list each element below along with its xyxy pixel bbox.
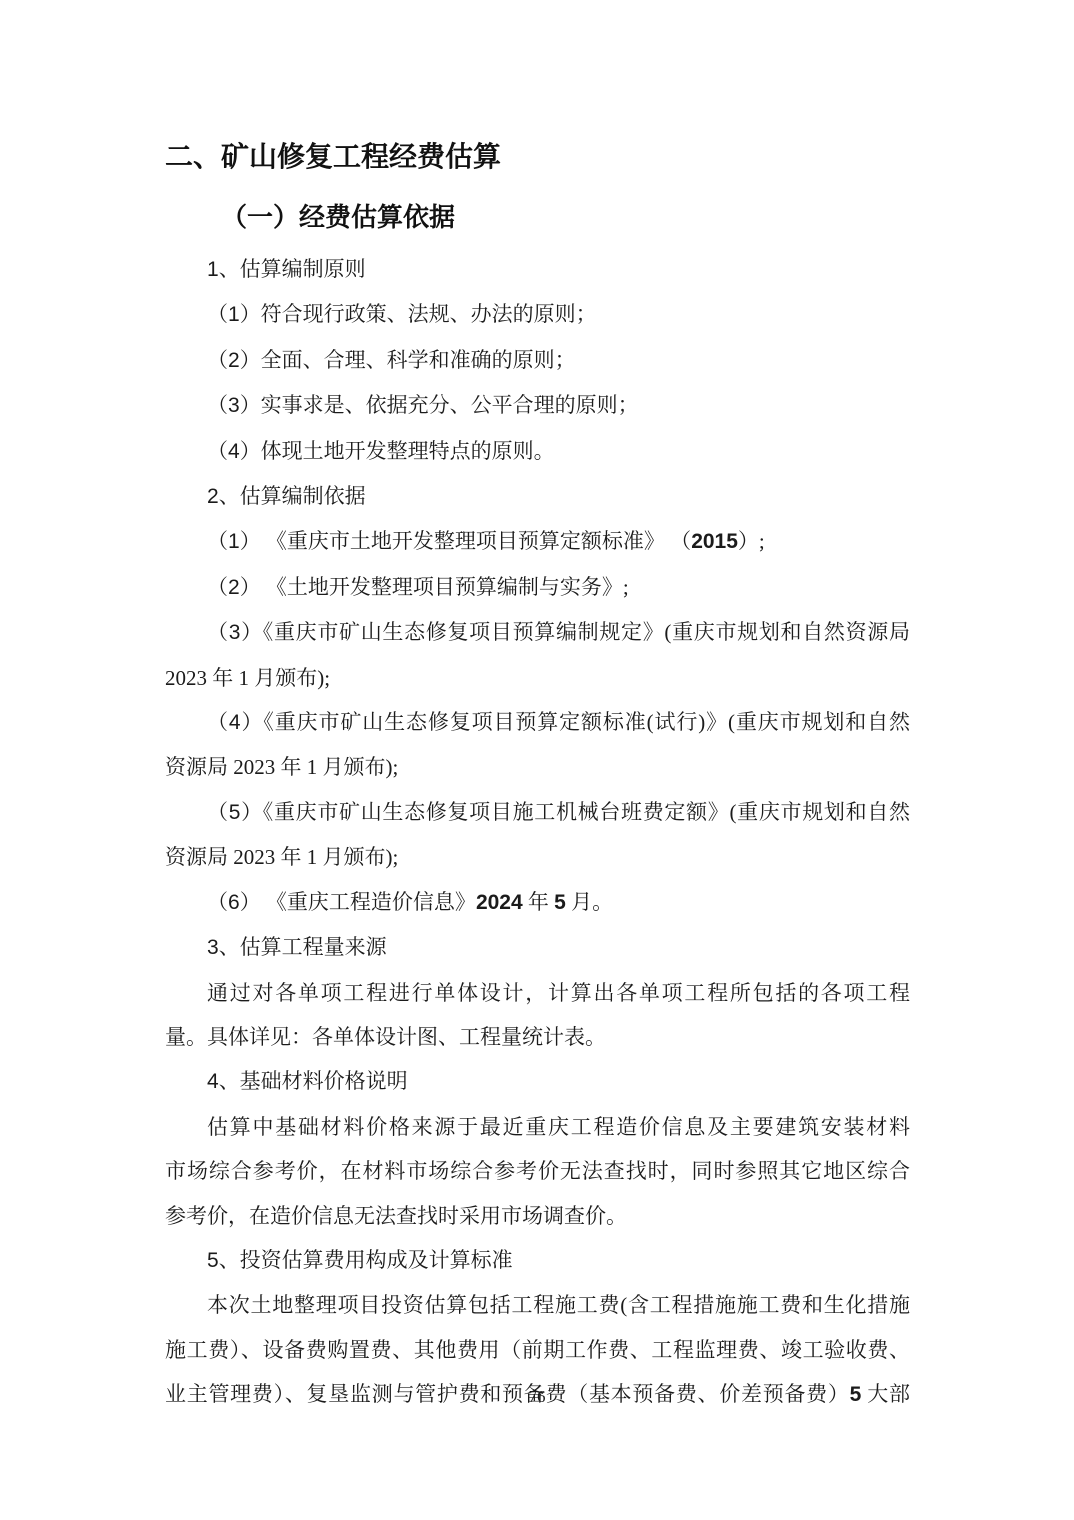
text-line: （5）《重庆市矿山生态修复项目施工机械台班费定额》(重庆市规划和自然 [165, 790, 910, 835]
text-line: 资源局 2023 年 1 月颁布); [165, 745, 910, 789]
paragraph: （2） 《土地开发整理项目预算编制与实务》; [165, 565, 910, 610]
paragraph: （1） 《重庆市土地开发整理项目预算定额标准》 （2015）; [165, 519, 910, 564]
paragraph: 通过对各单项工程进行单体设计，计算出各单项工程所包括的各项工程量。具体详见：各单… [165, 971, 910, 1060]
text-line: 估算中基础材料价格来源于最近重庆工程造价信息及主要建筑安装材料 [165, 1105, 910, 1149]
paragraph: （5）《重庆市矿山生态修复项目施工机械台班费定额》(重庆市规划和自然资源局 20… [165, 790, 910, 880]
text-run: 1 [228, 530, 240, 553]
text-run: 估算中基础材料价格来源于最近重庆工程造价信息及主要建筑安装材料 [207, 1115, 910, 1139]
text-line: （1）符合现行政策、法规、办法的原则； [165, 292, 910, 337]
text-run: 施工费）、设备费购置费、其他费用（前期工作费、工程监理费、竣工验收费、 [165, 1338, 910, 1362]
text-run: 3 [228, 394, 240, 417]
subsection-heading: （一）经费估算依据 [165, 200, 910, 234]
text-line: （6） 《重庆工程造价信息》2024 年 5 月。 [165, 880, 910, 925]
text-run: 资源局 2023 年 1 月颁布); [165, 755, 398, 779]
text-run: 本次土地整理项目投资估算包括工程施工费(含工程措施施工费和生化措施 [207, 1293, 910, 1317]
text-line: （4）《重庆市矿山生态修复项目预算定额标准(试行)》(重庆市规划和自然 [165, 700, 910, 745]
text-run: 参考价，在造价信息无法查找时采用市场调查价。 [165, 1204, 627, 1228]
text-line: （2） 《土地开发整理项目预算编制与实务》; [165, 565, 910, 610]
text-line: 1、估算编制原则 [165, 247, 910, 292]
text-run: ）实事求是、依据充分、公平合理的原则； [240, 393, 639, 417]
paragraph: 估算中基础材料价格来源于最近重庆工程造价信息及主要建筑安装材料市场综合参考价，在… [165, 1105, 910, 1238]
text-run: （ [207, 302, 228, 326]
text-line: 通过对各单项工程进行单体设计，计算出各单项工程所包括的各项工程 [165, 971, 910, 1015]
text-run: 市场综合参考价，在材料市场综合参考价无法查找时，同时参照其它地区综合 [165, 1159, 910, 1183]
text-line: 参考价，在造价信息无法查找时采用市场调查价。 [165, 1194, 910, 1238]
text-run: （ [207, 800, 229, 824]
text-run: 1 [228, 303, 240, 326]
text-run: 5 [554, 891, 566, 914]
text-line: 市场综合参考价，在材料市场综合参考价无法查找时，同时参照其它地区综合 [165, 1149, 910, 1193]
paragraph: 2、估算编制依据 [165, 474, 910, 519]
text-run: （ [207, 620, 229, 644]
paragraph: 5、投资估算费用构成及计算标准 [165, 1238, 910, 1283]
text-line: （4）体现土地开发整理特点的原则。 [165, 429, 910, 474]
paragraph: （2）全面、合理、科学和准确的原则； [165, 338, 910, 383]
text-run: 年 [523, 890, 555, 914]
text-run: 量。具体详见：各单体设计图、工程量统计表。 [165, 1025, 606, 1049]
text-line: （2）全面、合理、科学和准确的原则； [165, 338, 910, 383]
paragraph: 3、估算工程量来源 [165, 925, 910, 970]
document-body: 1、估算编制原则（1）符合现行政策、法规、办法的原则；（2）全面、合理、科学和准… [165, 247, 910, 1418]
text-run: 2 [228, 576, 240, 599]
text-run: ）体现土地开发整理特点的原则。 [240, 439, 555, 463]
text-run: 通过对各单项工程进行单体设计，计算出各单项工程所包括的各项工程 [207, 981, 910, 1005]
text-run: 月。 [566, 890, 613, 914]
text-run: 1 [207, 258, 219, 281]
text-run: 4 [207, 1070, 219, 1093]
text-run: 4 [228, 440, 240, 463]
paragraph: （4）体现土地开发整理特点的原则。 [165, 429, 910, 474]
text-run: 3 [229, 621, 241, 644]
text-run: 5 [229, 801, 241, 824]
text-line: （3）实事求是、依据充分、公平合理的原则； [165, 383, 910, 428]
paragraph: 4、基础材料价格说明 [165, 1059, 910, 1104]
text-run: ）《重庆市矿山生态修复项目预算定额标准(试行)》(重庆市规划和自然 [241, 710, 910, 734]
text-line: 资源局 2023 年 1 月颁布); [165, 835, 910, 879]
text-run: ）《重庆市矿山生态修复项目施工机械台班费定额》(重庆市规划和自然 [240, 800, 910, 824]
text-run: 、基础材料价格说明 [219, 1069, 408, 1093]
text-run: ）《重庆市矿山生态修复项目预算编制规定》(重庆市规划和自然资源局 [240, 620, 910, 644]
text-run: （ [207, 890, 228, 914]
text-run: 6 [228, 891, 240, 914]
text-run: 3 [207, 936, 219, 959]
text-line: 施工费）、设备费购置费、其他费用（前期工作费、工程监理费、竣工验收费、 [165, 1328, 910, 1372]
text-run: 4 [229, 711, 241, 734]
text-run: 5 [207, 1249, 219, 1272]
text-line: 3、估算工程量来源 [165, 925, 910, 970]
text-run: （ [207, 393, 228, 417]
text-line: 4、基础材料价格说明 [165, 1059, 910, 1104]
paragraph: （3）实事求是、依据充分、公平合理的原则； [165, 383, 910, 428]
paragraph: （4）《重庆市矿山生态修复项目预算定额标准(试行)》(重庆市规划和自然资源局 2… [165, 700, 910, 790]
text-run: （ [207, 529, 228, 553]
text-line: 5、投资估算费用构成及计算标准 [165, 1238, 910, 1283]
paragraph: （3）《重庆市矿山生态修复项目预算编制规定》(重庆市规划和自然资源局2023 年… [165, 610, 910, 700]
text-run: 、投资估算费用构成及计算标准 [219, 1248, 513, 1272]
text-run: ） 《重庆工程造价信息》 [240, 890, 476, 914]
document-content: 二、矿山修复工程经费估算 （一）经费估算依据 1、估算编制原则（1）符合现行政策… [165, 0, 910, 1418]
text-run: 2 [207, 485, 219, 508]
text-run: 2015 [691, 530, 738, 553]
text-run: 2 [228, 349, 240, 372]
text-run: ）全面、合理、科学和准确的原则； [240, 348, 576, 372]
text-line: 2、估算编制依据 [165, 474, 910, 519]
section-heading: 二、矿山修复工程经费估算 [165, 0, 910, 173]
text-run: ）; [738, 529, 765, 553]
text-run: ） 《土地开发整理项目预算编制与实务》; [240, 575, 629, 599]
text-run: ）符合现行政策、法规、办法的原则； [240, 302, 597, 326]
text-line: （1） 《重庆市土地开发整理项目预算定额标准》 （2015）; [165, 519, 910, 564]
text-run: ） 《重庆市土地开发整理项目预算定额标准》 （ [240, 529, 692, 553]
document-page: 二、矿山修复工程经费估算 （一）经费估算依据 1、估算编制原则（1）符合现行政策… [0, 0, 1074, 1520]
text-run: 、估算编制依据 [219, 484, 366, 508]
text-run: 、估算工程量来源 [219, 935, 387, 959]
text-run: 资源局 2023 年 1 月颁布); [165, 845, 398, 869]
text-line: 本次土地整理项目投资估算包括工程施工费(含工程措施施工费和生化措施 [165, 1283, 910, 1327]
text-run: 2024 [476, 891, 523, 914]
text-run: 2023 年 1 月颁布); [165, 666, 330, 690]
text-run: （ [207, 439, 228, 463]
text-run: 、估算编制原则 [219, 257, 366, 281]
paragraph: （6） 《重庆工程造价信息》2024 年 5 月。 [165, 880, 910, 925]
text-run: （ [207, 710, 229, 734]
text-line: 2023 年 1 月颁布); [165, 656, 910, 700]
text-run: （ [207, 575, 228, 599]
text-line: 量。具体详见：各单体设计图、工程量统计表。 [165, 1015, 910, 1059]
text-line: （3）《重庆市矿山生态修复项目预算编制规定》(重庆市规划和自然资源局 [165, 610, 910, 655]
paragraph: （1）符合现行政策、法规、办法的原则； [165, 292, 910, 337]
page-number: 76 [0, 1386, 1074, 1408]
text-run: （ [207, 348, 228, 372]
paragraph: 1、估算编制原则 [165, 247, 910, 292]
